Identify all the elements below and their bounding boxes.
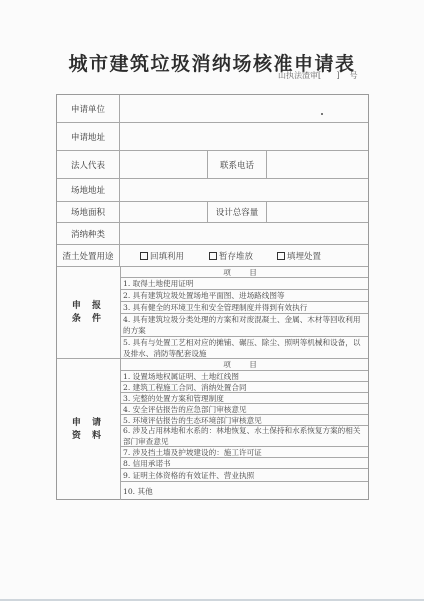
checkbox-label: 暂存堆放 [219,250,253,262]
material-item: 4. 安全评估报告的应急部门审核意见 [120,404,368,415]
checkbox-label: 填埋处置 [287,250,321,262]
label-applicant-address: 申请地址 [57,123,120,150]
input-legal-rep[interactable] [120,151,208,178]
row-disposal-type: 消纳种类 [57,223,368,245]
label-design-capacity: 设计总容量 [208,202,267,222]
row-site-area: 场地面积 设计总容量 [57,202,368,223]
condition-item: 4. 具有建筑垃圾分类处理的方案和对废混凝土、金属、木材等回收利用的方案 [120,314,368,337]
conditions-header: 项 目 [120,267,368,278]
input-contact-phone[interactable] [267,151,368,178]
label-contact-phone: 联系电话 [208,151,267,178]
input-disposal-type[interactable] [120,223,368,244]
checkbox-label: 回填利用 [150,250,184,262]
row-legal-rep: 法人代表 联系电话 [57,151,368,179]
condition-item: 2. 具有建筑垃圾处置场地平面图、进场路线图等 [120,290,368,302]
material-item: 8. 信用承诺书 [120,458,368,469]
section-materials: 申 请 资 料 项 目 1. 设置场地权属证明、土地红线图 2. 建筑工程施工合… [57,359,368,500]
condition-item: 1. 取得土地使用证明 [120,278,368,290]
input-design-capacity[interactable] [267,202,368,222]
label-site-area: 场地面积 [57,202,120,222]
label-applicant-unit: 申请单位 [57,95,120,122]
page-title: 城市建筑垃圾消纳场核准申请表 [0,49,424,76]
input-site-address[interactable] [120,179,368,201]
materials-header: 项 目 [120,359,368,371]
checkbox-temporary-storage[interactable]: 暂存堆放 [209,245,253,266]
label-disposal-type: 消纳种类 [57,223,120,244]
row-site-address: 场地地址 [57,179,368,202]
label-conditions: 申 报 条 件 [57,267,121,358]
document-number: 山执法渣审[ ] 号 [278,70,358,81]
row-soil-use: 渣土处置用途 回填利用 暂存堆放 填埋处置 [57,245,368,267]
material-item: 1. 设置场地权属证明、土地红线图 [120,371,368,382]
condition-item: 3. 具有健全的环境卫生和安全管理制度并得到有效执行 [120,302,368,314]
material-item: 6. 涉及占用林地和水系的：林地恢复、水土保持和水系恢复方案的相关部门审查意见 [120,426,368,447]
material-item: 3. 完整的处置方案和管理制度 [120,393,368,404]
material-item: 9. 证明主体资格的有效证件、营业执照 [120,469,368,482]
condition-item: 5. 具有与处置工艺相对应的摊铺、碾压、除尘、照明等机械和设备，以及排水、消防等… [120,337,368,359]
label-site-address: 场地地址 [57,179,120,201]
checkbox-icon [140,252,148,260]
ink-mark [321,113,323,115]
checkbox-landfill[interactable]: 填埋处置 [277,245,321,266]
label-materials: 申 请 资 料 [57,359,121,500]
label-legal-rep: 法人代表 [57,151,120,178]
application-form-table: 申请单位 申请地址 法人代表 联系电话 场地地址 场地面积 设计总容量 消纳种类… [56,94,369,500]
input-applicant-unit[interactable] [120,95,368,122]
input-applicant-address[interactable] [120,123,368,150]
input-site-area[interactable] [120,202,208,222]
checkbox-icon [277,252,285,260]
label-soil-use: 渣土处置用途 [57,245,120,266]
row-applicant-address: 申请地址 [57,123,368,151]
section-conditions: 申 报 条 件 项 目 1. 取得土地使用证明 2. 具有建筑垃圾处置场地平面图… [57,267,368,359]
row-applicant-unit: 申请单位 [57,95,368,123]
material-item: 10. 其他 [120,482,368,500]
checkbox-icon [209,252,217,260]
checkbox-backfill[interactable]: 回填利用 [140,245,184,266]
material-item: 2. 建筑工程施工合同、消纳处置合同 [120,382,368,393]
material-item: 7. 涉及挡土墙及护坡建设的：施工许可证 [120,447,368,458]
